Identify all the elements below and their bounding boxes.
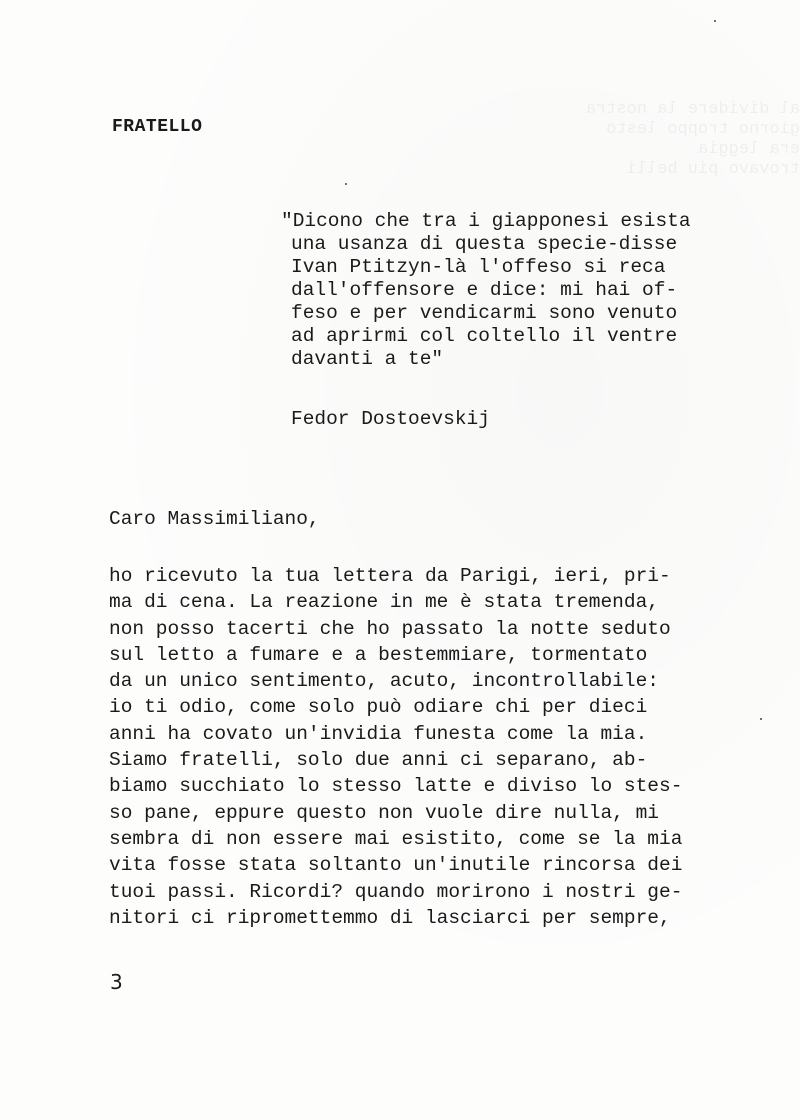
scan-speck — [345, 183, 347, 185]
body-line: vita fosse stata soltanto un'inutile rin… — [109, 852, 682, 878]
body-line: sembra di non essere mai esistito, come … — [109, 826, 682, 852]
body-line: sul letto a fumare e a bestemmiare, torm… — [109, 642, 682, 668]
body-line: tuoi passi. Ricordi? quando morirono i n… — [109, 879, 682, 905]
document-page: al dividere la nostra giorno troppo lest… — [0, 0, 800, 1119]
epigraph-line: feso e per vendicarmi sono venuto — [281, 302, 691, 325]
page-number: 3 — [110, 970, 123, 994]
body-line: ho ricevuto la tua lettera da Parigi, ie… — [109, 563, 682, 589]
epigraph-line: una usanza di questa specie-disse — [281, 233, 691, 256]
epigraph-line: ad aprirmi col coltello il ventre — [281, 325, 691, 348]
body-line: io ti odio, come solo può odiare chi per… — [109, 694, 682, 720]
epigraph-line: dall'offensore e dice: mi hai of- — [281, 279, 691, 302]
body-line: anni ha covato un'invidia funesta come l… — [109, 721, 682, 747]
body-line: Siamo fratelli, solo due anni ci separan… — [109, 747, 682, 773]
body-line: so pane, eppure questo non vuole dire nu… — [109, 800, 682, 826]
bleed-through-text: al dividere la nostra giorno troppo lest… — [560, 100, 800, 180]
epigraph-attribution: Fedor Dostoevskij — [291, 408, 490, 430]
body-line: ma di cena. La reazione in me è stata tr… — [109, 589, 682, 615]
epigraph-line: Ivan Ptitzyn-là l'offeso si reca — [281, 256, 691, 279]
scan-speck — [760, 718, 762, 720]
epigraph-quote: "Dicono che tra i giapponesi esista una … — [281, 210, 691, 371]
body-line: non posso tacerti che ho passato la nott… — [109, 616, 682, 642]
epigraph-line: "Dicono che tra i giapponesi esista — [281, 210, 691, 233]
letter-salutation: Caro Massimiliano, — [109, 508, 320, 530]
scan-speck — [714, 20, 716, 22]
body-line: da un unico sentimento, acuto, incontrol… — [109, 668, 682, 694]
document-title: FRATELLO — [112, 117, 202, 137]
body-line: biamo succhiato lo stesso latte e diviso… — [109, 773, 682, 799]
body-line: nitori ci ripromettemmo di lasciarci per… — [109, 905, 682, 931]
letter-body: ho ricevuto la tua lettera da Parigi, ie… — [109, 563, 682, 931]
epigraph-line: davanti a te" — [281, 348, 691, 371]
